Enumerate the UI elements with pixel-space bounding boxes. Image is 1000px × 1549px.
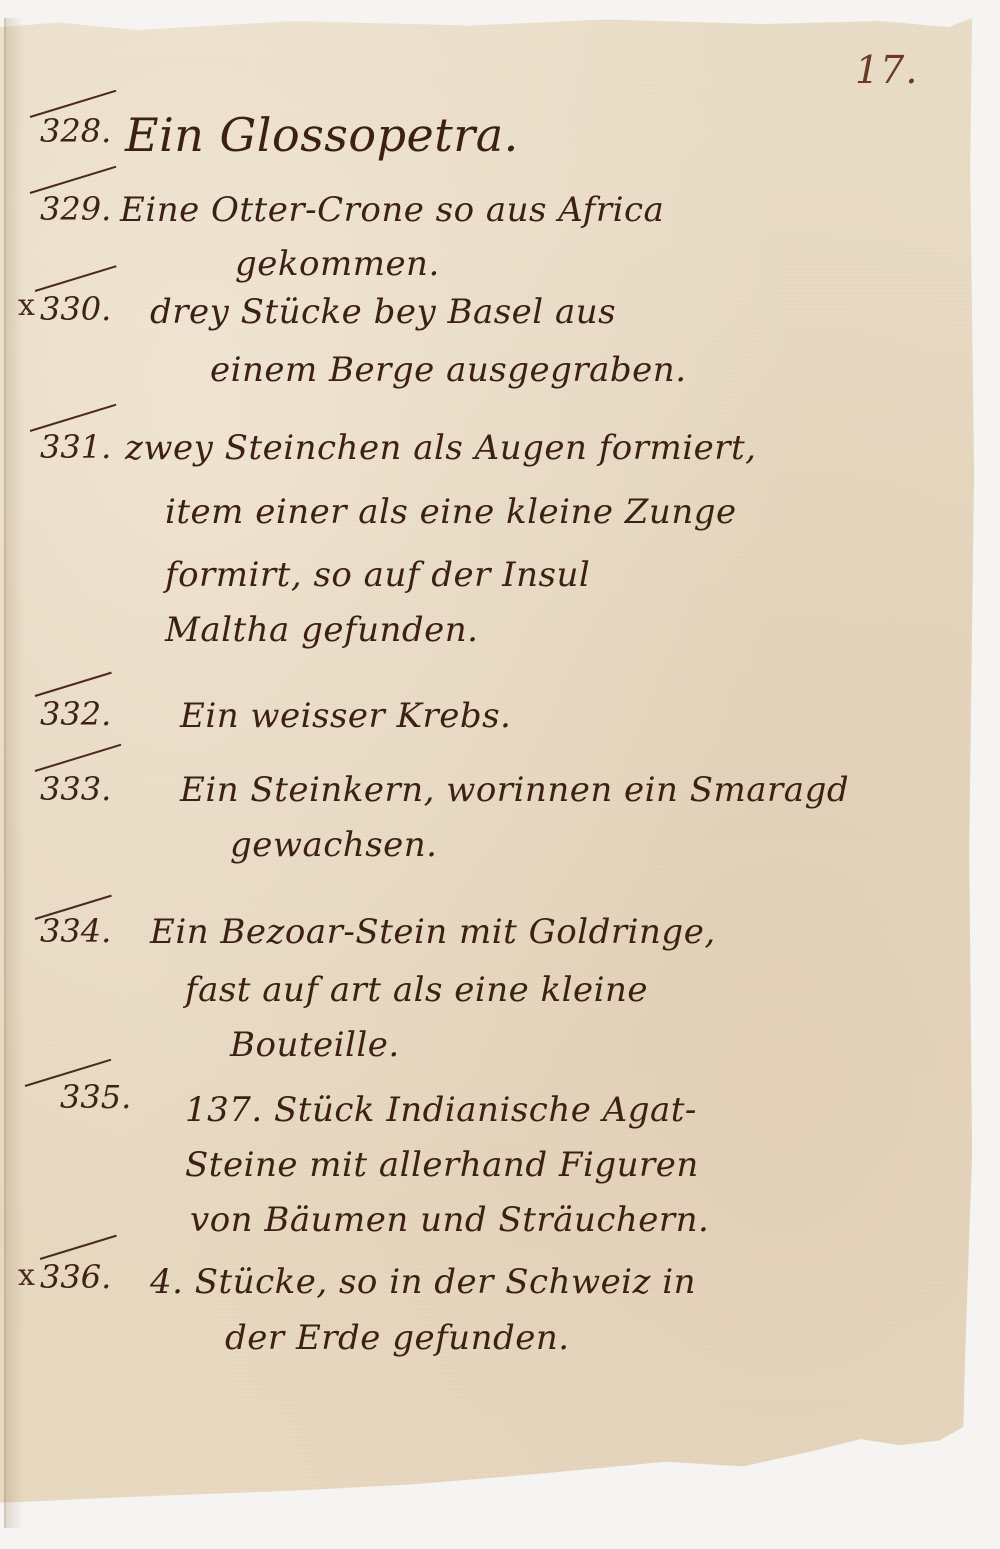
entry-text-line: Ein Glossopetra.	[125, 108, 519, 162]
entry-text-line: zwey Steinchen als Augen formiert,	[125, 428, 756, 468]
entry-number: 329.	[40, 190, 111, 228]
entry-tick-mark	[35, 265, 117, 292]
entry-text-line: gewachsen.	[230, 825, 437, 865]
entry-number: 334.	[40, 912, 111, 950]
entry-text-line: Ein Bezoar-Stein mit Goldringe,	[150, 912, 716, 952]
entry-tick-mark	[40, 1235, 117, 1260]
entry-number: 328.	[40, 112, 111, 150]
entry-text-line: Ein Steinkern, worinnen ein Smaragd	[180, 770, 849, 810]
entry-text-line: drey Stücke bey Basel aus	[150, 292, 616, 332]
entry-text-line: Ein weisser Krebs.	[180, 696, 511, 736]
entry-number: 335.	[60, 1078, 131, 1116]
entry-text-line: gekommen.	[235, 244, 440, 284]
deaccession-mark: x	[18, 288, 35, 323]
entry-text-line: 4. Stücke, so in der Schweiz in	[150, 1262, 696, 1302]
entry-number: 333.	[40, 770, 111, 808]
entry-text-line: 137. Stück Indianische Agat-	[185, 1090, 697, 1130]
entry-text-line: formirt, so auf der Insul	[165, 555, 590, 595]
entry-tick-mark	[35, 744, 122, 772]
entry-number: 332.	[40, 695, 111, 733]
manuscript-scan: 17. 328. Ein Glossopetra. 329. Eine Otte…	[0, 0, 1000, 1549]
entry-text-line: fast auf art als eine kleine	[185, 970, 648, 1010]
entry-text-line: Steine mit allerhand Figuren	[185, 1145, 699, 1185]
deaccession-mark: x	[18, 1258, 35, 1293]
entry-text-line: item einer als eine kleine Zunge	[165, 492, 737, 532]
entry-number: 330.	[40, 290, 111, 328]
entry-text-line: Bouteille.	[230, 1025, 400, 1065]
entry-tick-mark	[35, 672, 112, 697]
entry-text-line: von Bäumen und Sträuchern.	[190, 1200, 709, 1240]
entry-list: 328. Ein Glossopetra. 329. Eine Otter-Cr…	[0, 0, 1000, 1549]
entry-text-line: Eine Otter-Crone so aus Africa	[120, 190, 664, 230]
entry-text-line: der Erde gefunden.	[225, 1318, 570, 1358]
entry-number: 331.	[40, 428, 111, 466]
entry-number: 336.	[40, 1258, 111, 1296]
entry-text-line: einem Berge ausgegraben.	[210, 350, 687, 390]
entry-text-line: Maltha gefunden.	[165, 610, 478, 650]
